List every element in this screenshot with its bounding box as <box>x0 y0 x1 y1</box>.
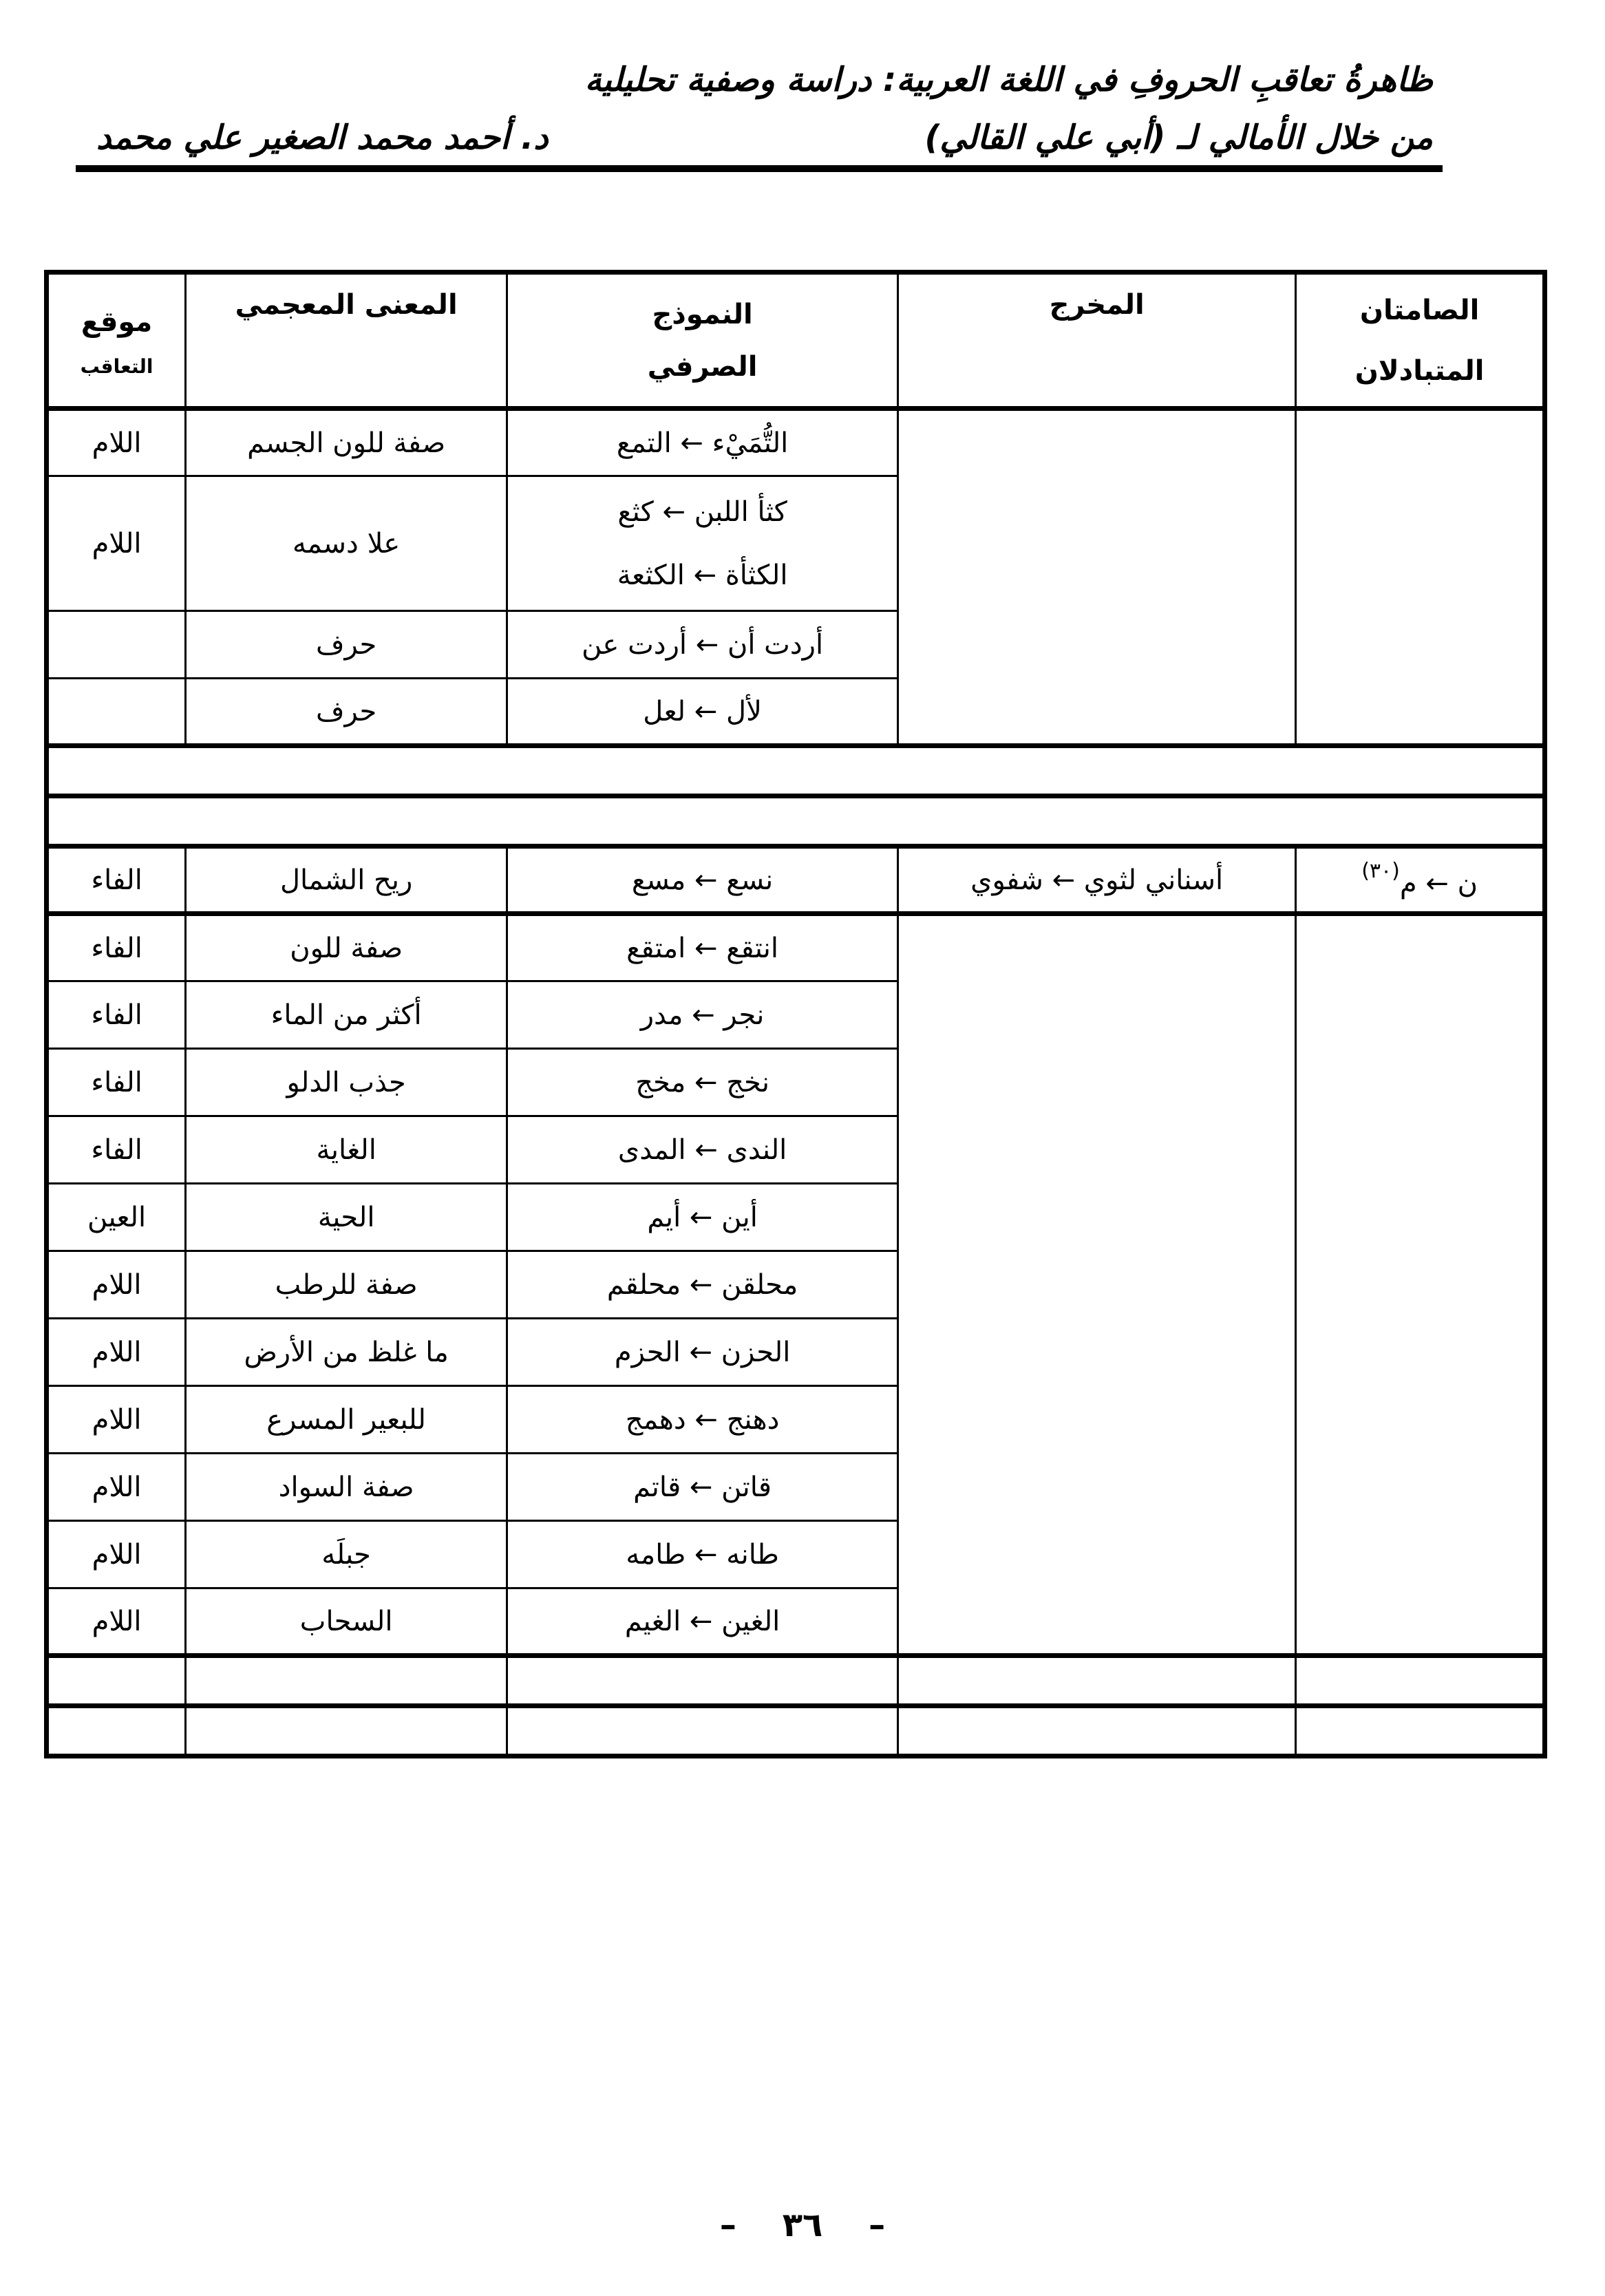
meaning-cell: صفة للون الجسم <box>186 409 507 476</box>
meaning-cell: حرف <box>186 611 507 679</box>
meaning-cell: جبلَه <box>186 1521 507 1588</box>
model-cell: أين ← أيم <box>507 1184 898 1251</box>
column-header-model: النموذج الصرفي <box>507 273 898 409</box>
pair-cell-empty <box>1296 914 1545 1656</box>
location-cell: العين <box>47 1184 186 1251</box>
model-cell: قاتن ← قاتم <box>507 1454 898 1521</box>
location-cell: الفاء <box>47 1116 186 1184</box>
meaning-cell: السحاب <box>186 1588 507 1656</box>
pair-cell: ن ← م(٣٠) <box>1296 847 1545 914</box>
location-cell: الفاء <box>47 914 186 981</box>
model-cell: أردت أن ← أردت عن <box>507 611 898 679</box>
document-subtitle: من خلال الأمالي لـ (أبي علي القالي) <box>924 118 1433 157</box>
pair-cell-empty <box>1296 409 1545 746</box>
table-header-row: الصامتان المتبادلان المخرج النموذج الصرف… <box>47 273 1545 409</box>
meaning-cell: علا دسمه <box>186 476 507 611</box>
meaning-cell: للبعير المسرع <box>186 1386 507 1454</box>
header-rule <box>76 165 1443 172</box>
column-header-makhraj: المخرج <box>898 273 1296 409</box>
meaning-cell: جذب الدلو <box>186 1049 507 1116</box>
blank-separator-row <box>47 746 1545 796</box>
makhraj-cell-empty <box>898 914 1296 1656</box>
meaning-cell: أكثر من الماء <box>186 981 507 1049</box>
model-cell: انتقع ← امتقع <box>507 914 898 981</box>
location-cell: اللام <box>47 476 186 611</box>
model-cell: الندى ← المدى <box>507 1116 898 1184</box>
document-title: ظاهرةُ تعاقبِ الحروفِ في اللغة العربية: … <box>585 61 1433 99</box>
location-cell: الفاء <box>47 847 186 914</box>
empty-row <box>47 1706 1545 1756</box>
empty-row <box>47 1656 1545 1706</box>
author-name: د. أحمد محمد الصغير علي محمد <box>96 118 549 157</box>
model-cell: نخج ← مخج <box>507 1049 898 1116</box>
model-cell: كثأ اللبن ← كثع الكثأة ← الكثعة <box>507 476 898 611</box>
location-cell: اللام <box>47 409 186 476</box>
makhraj-cell-empty <box>898 409 1296 746</box>
model-cell: محلقن ← محلقم <box>507 1251 898 1319</box>
model-cell: نجر ← مدر <box>507 981 898 1049</box>
meaning-cell: الغاية <box>186 1116 507 1184</box>
column-header-meaning: المعنى المعجمي <box>186 273 507 409</box>
table-row: ن ← م(٣٠) أسناني لثوي ← شفوي نسع ← مسع ر… <box>47 847 1545 914</box>
makhraj-cell: أسناني لثوي ← شفوي <box>898 847 1296 914</box>
table-row: انتقع ← امتقع صفة للون الفاء <box>47 914 1545 981</box>
location-cell: اللام <box>47 1588 186 1656</box>
meaning-cell: صفة السواد <box>186 1454 507 1521</box>
location-cell: الفاء <box>47 981 186 1049</box>
table-row: التُّمَيْء ← التمع صفة للون الجسم اللام <box>47 409 1545 476</box>
footnote-ref: (٣٠) <box>1361 859 1400 883</box>
model-cell: دهنج ← دهمج <box>507 1386 898 1454</box>
model-cell: طانه ← طامه <box>507 1521 898 1588</box>
meaning-cell: ما غلظ من الأرض <box>186 1319 507 1386</box>
location-cell: اللام <box>47 1521 186 1588</box>
blank-separator-row <box>47 796 1545 847</box>
location-cell: اللام <box>47 1319 186 1386</box>
meaning-cell: صفة للرطب <box>186 1251 507 1319</box>
model-cell: نسع ← مسع <box>507 847 898 914</box>
meaning-cell: الحية <box>186 1184 507 1251</box>
location-cell <box>47 611 186 679</box>
location-cell: اللام <box>47 1454 186 1521</box>
location-cell <box>47 679 186 746</box>
model-cell: لأل ← لعل <box>507 679 898 746</box>
model-cell: الحزن ← الحزم <box>507 1319 898 1386</box>
consonant-alternation-table: الصامتان المتبادلان المخرج النموذج الصرف… <box>44 270 1547 1758</box>
meaning-cell: صفة للون <box>186 914 507 981</box>
column-header-location: موقع التعاقب <box>47 273 186 409</box>
location-cell: اللام <box>47 1386 186 1454</box>
location-cell: اللام <box>47 1251 186 1319</box>
meaning-cell: ريح الشمال <box>186 847 507 914</box>
page-number: – ٣٦ – <box>0 2206 1605 2244</box>
model-cell: التُّمَيْء ← التمع <box>507 409 898 476</box>
location-cell: الفاء <box>47 1049 186 1116</box>
model-cell: الغين ← الغيم <box>507 1588 898 1656</box>
column-header-pair: الصامتان المتبادلان <box>1296 273 1545 409</box>
meaning-cell: حرف <box>186 679 507 746</box>
